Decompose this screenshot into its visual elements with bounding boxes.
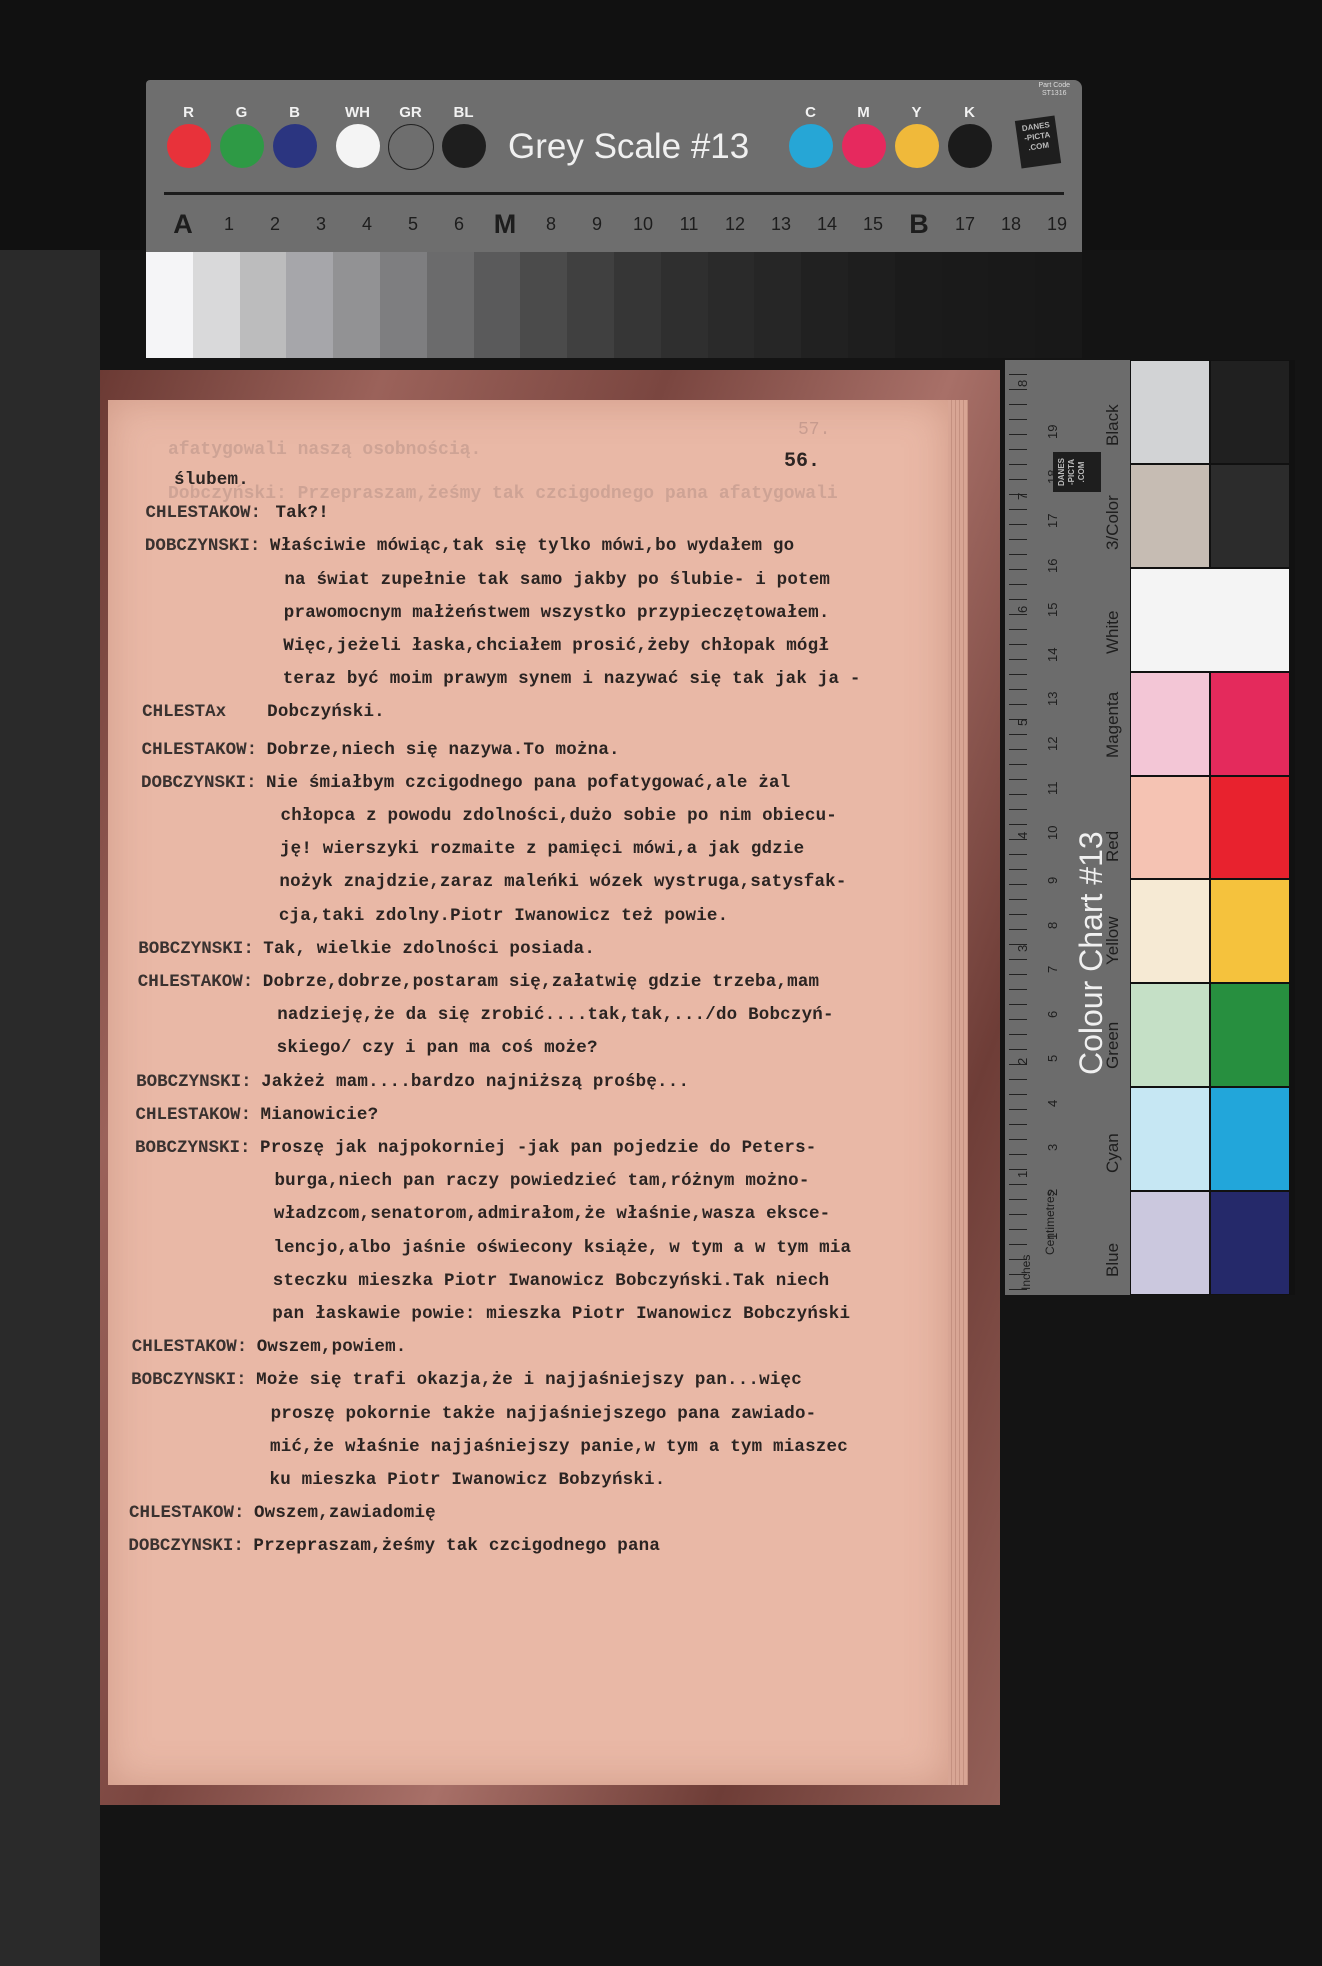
colour-row-label: White xyxy=(1103,610,1123,653)
colour-swatch xyxy=(1130,568,1290,672)
speaker-name: CHLESTAKOW: xyxy=(142,740,258,760)
danes-picta-logo: DANES -PICTA .COM xyxy=(1015,115,1061,168)
colour-row-label: Black xyxy=(1103,404,1123,446)
colour-swatch xyxy=(1210,776,1290,880)
grey-step xyxy=(333,252,380,358)
scale-label: A xyxy=(160,210,206,238)
swatch-dot: Y xyxy=(890,102,943,168)
ruler-ticks xyxy=(1009,360,1039,1295)
script-line: Może się trafi okazja,że i najjaśniejszy… xyxy=(256,1370,802,1390)
colour-row-label: Green xyxy=(1103,1022,1123,1069)
cm-mark: 19 xyxy=(1045,425,1060,439)
speaker-name: CHLESTAKOW: xyxy=(145,503,261,523)
script-line: Nie śmiałbym czcigodnego pana pofatygowa… xyxy=(266,773,790,793)
colour-swatch xyxy=(1130,879,1210,983)
colour-row xyxy=(1130,1191,1290,1295)
document-page: 57. afatygowali naszą osobnością. Dobczy… xyxy=(108,400,948,1785)
scale-label: B xyxy=(896,210,942,238)
grey-step xyxy=(474,252,521,358)
grey-step xyxy=(520,252,567,358)
colour-swatch xyxy=(1210,360,1290,464)
scale-labels: A123456M89101112131415B171819 xyxy=(160,210,1080,238)
centimetres-label: Centimetres xyxy=(1043,1190,1057,1255)
colour-row xyxy=(1130,464,1290,568)
script-line: mić,że właśnie najjaśniejszy panie,w tym… xyxy=(270,1437,848,1457)
colour-row xyxy=(1130,983,1290,1087)
inch-mark: 4 xyxy=(1015,832,1030,839)
grey-step xyxy=(754,252,801,358)
script-line: Mianowicie? xyxy=(261,1105,379,1125)
inch-mark: 7 xyxy=(1015,493,1030,500)
inch-mark: 3 xyxy=(1015,945,1030,952)
colour-row xyxy=(1130,360,1290,464)
script-line: Tak, wielkie zdolności posiada. xyxy=(263,939,595,959)
cm-mark: 18 xyxy=(1045,469,1060,483)
cm-mark: 17 xyxy=(1045,514,1060,528)
swatch-dot: GR xyxy=(384,102,437,170)
grey-step xyxy=(661,252,708,358)
inch-mark: 1 xyxy=(1015,1171,1030,1178)
colour-swatch xyxy=(1130,1087,1210,1191)
scale-label: 8 xyxy=(528,210,574,238)
ghost-line: afatygowali naszą osobnością. xyxy=(168,440,481,460)
grey-step xyxy=(708,252,755,358)
danes-picta-logo: DANES -PICTA .COM xyxy=(1053,452,1101,492)
script-line: Dobrze,niech się nazywa.To można. xyxy=(267,740,620,760)
grey-step xyxy=(614,252,661,358)
scale-label: 19 xyxy=(1034,210,1080,238)
cm-mark: 3 xyxy=(1045,1144,1060,1151)
cm-mark: 5 xyxy=(1045,1055,1060,1062)
grey-step xyxy=(895,252,942,358)
colour-row xyxy=(1130,672,1290,776)
swatch-dot-label: K xyxy=(943,102,996,124)
swatch-circle xyxy=(789,124,833,168)
swatch-circle xyxy=(388,124,434,170)
cm-mark: 9 xyxy=(1045,877,1060,884)
scale-label: 18 xyxy=(988,210,1034,238)
swatch-dot-label: BL xyxy=(437,102,490,124)
cm-mark: 4 xyxy=(1045,1099,1060,1106)
swatch-circle xyxy=(273,124,317,168)
cm-mark: 14 xyxy=(1045,647,1060,661)
scale-label: 4 xyxy=(344,210,390,238)
script-line: Przepraszam,żeśmy tak czcigodnego pana xyxy=(253,1536,660,1556)
colour-swatch xyxy=(1210,879,1290,983)
scale-label: 2 xyxy=(252,210,298,238)
grey-step xyxy=(286,252,333,358)
colour-row-label: Blue xyxy=(1103,1243,1123,1277)
page-number: 56. xyxy=(784,450,820,473)
swatch-dot-label: B xyxy=(268,102,321,124)
cm-mark: 6 xyxy=(1045,1010,1060,1017)
cm-mark: 13 xyxy=(1045,692,1060,706)
colour-row-label: 3/Color xyxy=(1103,495,1123,550)
swatch-circle xyxy=(842,124,886,168)
swatch-dot-label: GR xyxy=(384,102,437,124)
speaker-name: DOBCZYNSKI: xyxy=(145,536,261,556)
script-line: steczku mieszka Piotr Iwanowicz Bobczyńs… xyxy=(273,1271,830,1291)
swatch-dot-label: R xyxy=(162,102,215,124)
swatch-dot-label: G xyxy=(215,102,268,124)
swatch-dot: K xyxy=(943,102,996,168)
grey-step xyxy=(848,252,895,358)
colour-swatch xyxy=(1130,464,1210,568)
speaker-name: CHLESTAKOW: xyxy=(138,972,254,992)
script-line: ku mieszka Piotr Iwanowicz Bobzyński. xyxy=(270,1470,666,1490)
grey-scale-card: Part Code ST1316 RGBWHGRBL Grey Scale #1… xyxy=(146,80,1082,358)
colour-swatch xyxy=(1210,672,1290,776)
cm-mark: 1 xyxy=(1045,1233,1060,1240)
cm-mark: 16 xyxy=(1045,558,1060,572)
colour-swatches xyxy=(1130,360,1290,1295)
colour-swatch xyxy=(1130,983,1210,1087)
colour-row-label: Cyan xyxy=(1103,1133,1123,1173)
colour-swatch xyxy=(1130,1191,1210,1295)
scale-label: 13 xyxy=(758,210,804,238)
cm-mark: 15 xyxy=(1045,603,1060,617)
script-line: ję! wierszyki rozmaite z pamięci mówi,a … xyxy=(280,839,804,859)
script-line: Tak?! xyxy=(275,503,329,523)
rgb-dots: RGBWHGRBL xyxy=(162,102,490,170)
swatch-circle xyxy=(220,124,264,168)
scale-label: 1 xyxy=(206,210,252,238)
ghost-line: Dobczyński: Przepraszam,żeśmy tak czcigo… xyxy=(168,484,838,504)
swatch-dot: M xyxy=(837,102,890,168)
part-code: Part Code ST1316 xyxy=(1038,82,1070,98)
cm-mark: 10 xyxy=(1045,825,1060,839)
swatch-circle xyxy=(948,124,992,168)
page-edges xyxy=(948,400,968,1785)
script-line: Owszem,powiem. xyxy=(257,1337,407,1357)
cm-mark: 12 xyxy=(1045,736,1060,750)
scale-label: 3 xyxy=(298,210,344,238)
swatch-dot: R xyxy=(162,102,215,170)
colour-row xyxy=(1130,1087,1290,1191)
colour-swatch xyxy=(1210,1087,1290,1191)
script-line: Właściwie mówiąc,tak się tylko mówi,bo w… xyxy=(270,536,794,556)
swatch-dot-label: Y xyxy=(890,102,943,124)
colour-row-label: Yellow xyxy=(1103,917,1123,966)
colour-chart-card: Colour Chart #13 Inches Centimetres DANE… xyxy=(1005,360,1295,1295)
colour-swatch xyxy=(1130,672,1210,776)
scan-background-left xyxy=(0,250,100,1966)
colour-swatch xyxy=(1210,464,1290,568)
script-line: Proszę jak najpokorniej -jak pan pojedzi… xyxy=(260,1138,817,1158)
speaker-name: BOBCZYNSKI: xyxy=(131,1370,247,1390)
colour-row-label: Magenta xyxy=(1103,691,1123,757)
script-line: nożyk znajdzie,zaraz maleńki wózek wystr… xyxy=(279,872,846,892)
script-line: nadzieję,że da się zrobić....tak,tak,...… xyxy=(277,1005,834,1025)
swatch-circle xyxy=(442,124,486,168)
part-code-label: Part Code xyxy=(1038,82,1070,90)
scale-label: 17 xyxy=(942,210,988,238)
script-line: prawomocnym małżeństwem wszystko przypie… xyxy=(284,603,830,623)
grey-step xyxy=(1035,252,1082,358)
swatch-dot: WH xyxy=(331,102,384,170)
grey-steps xyxy=(146,252,1082,358)
scale-label: 10 xyxy=(620,210,666,238)
scale-label: 5 xyxy=(390,210,436,238)
script-line: pan łaskawie powie: mieszka Piotr Iwanow… xyxy=(272,1304,850,1324)
colour-row xyxy=(1130,776,1290,880)
script-line: proszę pokornie także najjaśniejszego pa… xyxy=(271,1404,817,1424)
script-line: Owszem,zawiadomię xyxy=(254,1503,436,1523)
grey-step xyxy=(146,252,193,358)
swatch-dot: C xyxy=(784,102,837,168)
swatch-circle xyxy=(336,124,380,168)
speaker-name: DOBCZYNSKI: xyxy=(128,1536,244,1556)
inch-mark: 5 xyxy=(1015,719,1030,726)
script-line: Dobczyński. xyxy=(267,702,385,722)
script-line: na świat zupełnie tak samo jakby po ślub… xyxy=(284,570,830,590)
script-line: cja,taki zdolny.Piotr Iwanowicz też powi… xyxy=(279,906,728,926)
inch-mark: 2 xyxy=(1015,1058,1030,1065)
logo-line: .COM xyxy=(1077,452,1087,492)
logo-line: -PICTA xyxy=(1067,452,1077,492)
cmyk-dots: CMYK xyxy=(784,102,996,168)
colour-swatch xyxy=(1210,983,1290,1087)
grey-step xyxy=(942,252,989,358)
scale-label: 12 xyxy=(712,210,758,238)
grey-step xyxy=(801,252,848,358)
scale-label: 9 xyxy=(574,210,620,238)
inch-mark: 8 xyxy=(1015,380,1030,387)
script-line: ślubem. xyxy=(174,470,249,490)
speaker-name: CHLESTAx xyxy=(142,702,226,722)
colour-row xyxy=(1130,568,1290,672)
colour-swatch xyxy=(1130,776,1210,880)
part-code-value: ST1316 xyxy=(1038,90,1070,98)
speaker-name: CHLESTAKOW: xyxy=(136,1105,252,1125)
grey-step xyxy=(427,252,474,358)
script-line: Dobrze,dobrze,postaram się,załatwię gdzi… xyxy=(263,972,820,992)
swatch-dot: B xyxy=(268,102,321,170)
script-line: chłopca z powodu zdolności,dużo sobie po… xyxy=(281,806,838,826)
grey-step xyxy=(193,252,240,358)
grey-step xyxy=(567,252,614,358)
speaker-name: DOBCZYNSKI: xyxy=(141,773,257,793)
inch-mark: 6 xyxy=(1015,606,1030,613)
script-line: lencjo,albo jaśnie oświecony książe, w t… xyxy=(273,1238,851,1258)
colour-swatch xyxy=(1130,360,1210,464)
script-line: władzcom,senatorom,admirałom,że właśnie,… xyxy=(274,1204,831,1224)
cm-mark: 2 xyxy=(1045,1188,1060,1195)
scale-label: 6 xyxy=(436,210,482,238)
swatch-dot: BL xyxy=(437,102,490,170)
swatch-circle xyxy=(167,124,211,168)
grey-scale-title: Grey Scale #13 xyxy=(508,127,749,167)
swatch-dot-label: WH xyxy=(331,102,384,124)
grey-step xyxy=(240,252,287,358)
script-line: Jakżeż mam....bardzo najniższą prośbę... xyxy=(261,1072,689,1092)
scale-label: M xyxy=(482,210,528,238)
speaker-name: BOBCZYNSKI: xyxy=(136,1072,252,1092)
divider xyxy=(164,192,1064,195)
colour-row-label: Red xyxy=(1103,830,1123,861)
inches-label: Inches xyxy=(1019,1255,1033,1290)
cm-mark: 11 xyxy=(1045,782,1060,796)
ghost-page-number: 57. xyxy=(798,420,830,440)
scale-label: 11 xyxy=(666,210,712,238)
script-line: Więc,jeżeli łaska,chciałem prosić,żeby c… xyxy=(283,636,829,656)
speaker-name: BOBCZYNSKI: xyxy=(138,939,254,959)
script-line: skiego/ czy i pan ma coś może? xyxy=(277,1038,598,1058)
ruler: Colour Chart #13 Inches Centimetres DANE… xyxy=(1005,360,1130,1295)
script-line: burga,niech pan raczy powiedzieć tam,róż… xyxy=(274,1171,809,1191)
speaker-name: CHLESTAKOW: xyxy=(129,1503,245,1523)
cm-mark: 7 xyxy=(1045,966,1060,973)
swatch-dot-label: C xyxy=(784,102,837,124)
colour-row xyxy=(1130,879,1290,983)
script-line: teraz być moim prawym synem i nazywać si… xyxy=(283,669,861,689)
scale-label: 15 xyxy=(850,210,896,238)
speaker-name: BOBCZYNSKI: xyxy=(135,1138,251,1158)
swatch-circle xyxy=(895,124,939,168)
swatch-dot: G xyxy=(215,102,268,170)
grey-step xyxy=(988,252,1035,358)
colour-swatch xyxy=(1210,1191,1290,1295)
speaker-name: CHLESTAKOW: xyxy=(132,1337,248,1357)
swatch-dot-label: M xyxy=(837,102,890,124)
scale-label: 14 xyxy=(804,210,850,238)
grey-step xyxy=(380,252,427,358)
cm-mark: 8 xyxy=(1045,921,1060,928)
